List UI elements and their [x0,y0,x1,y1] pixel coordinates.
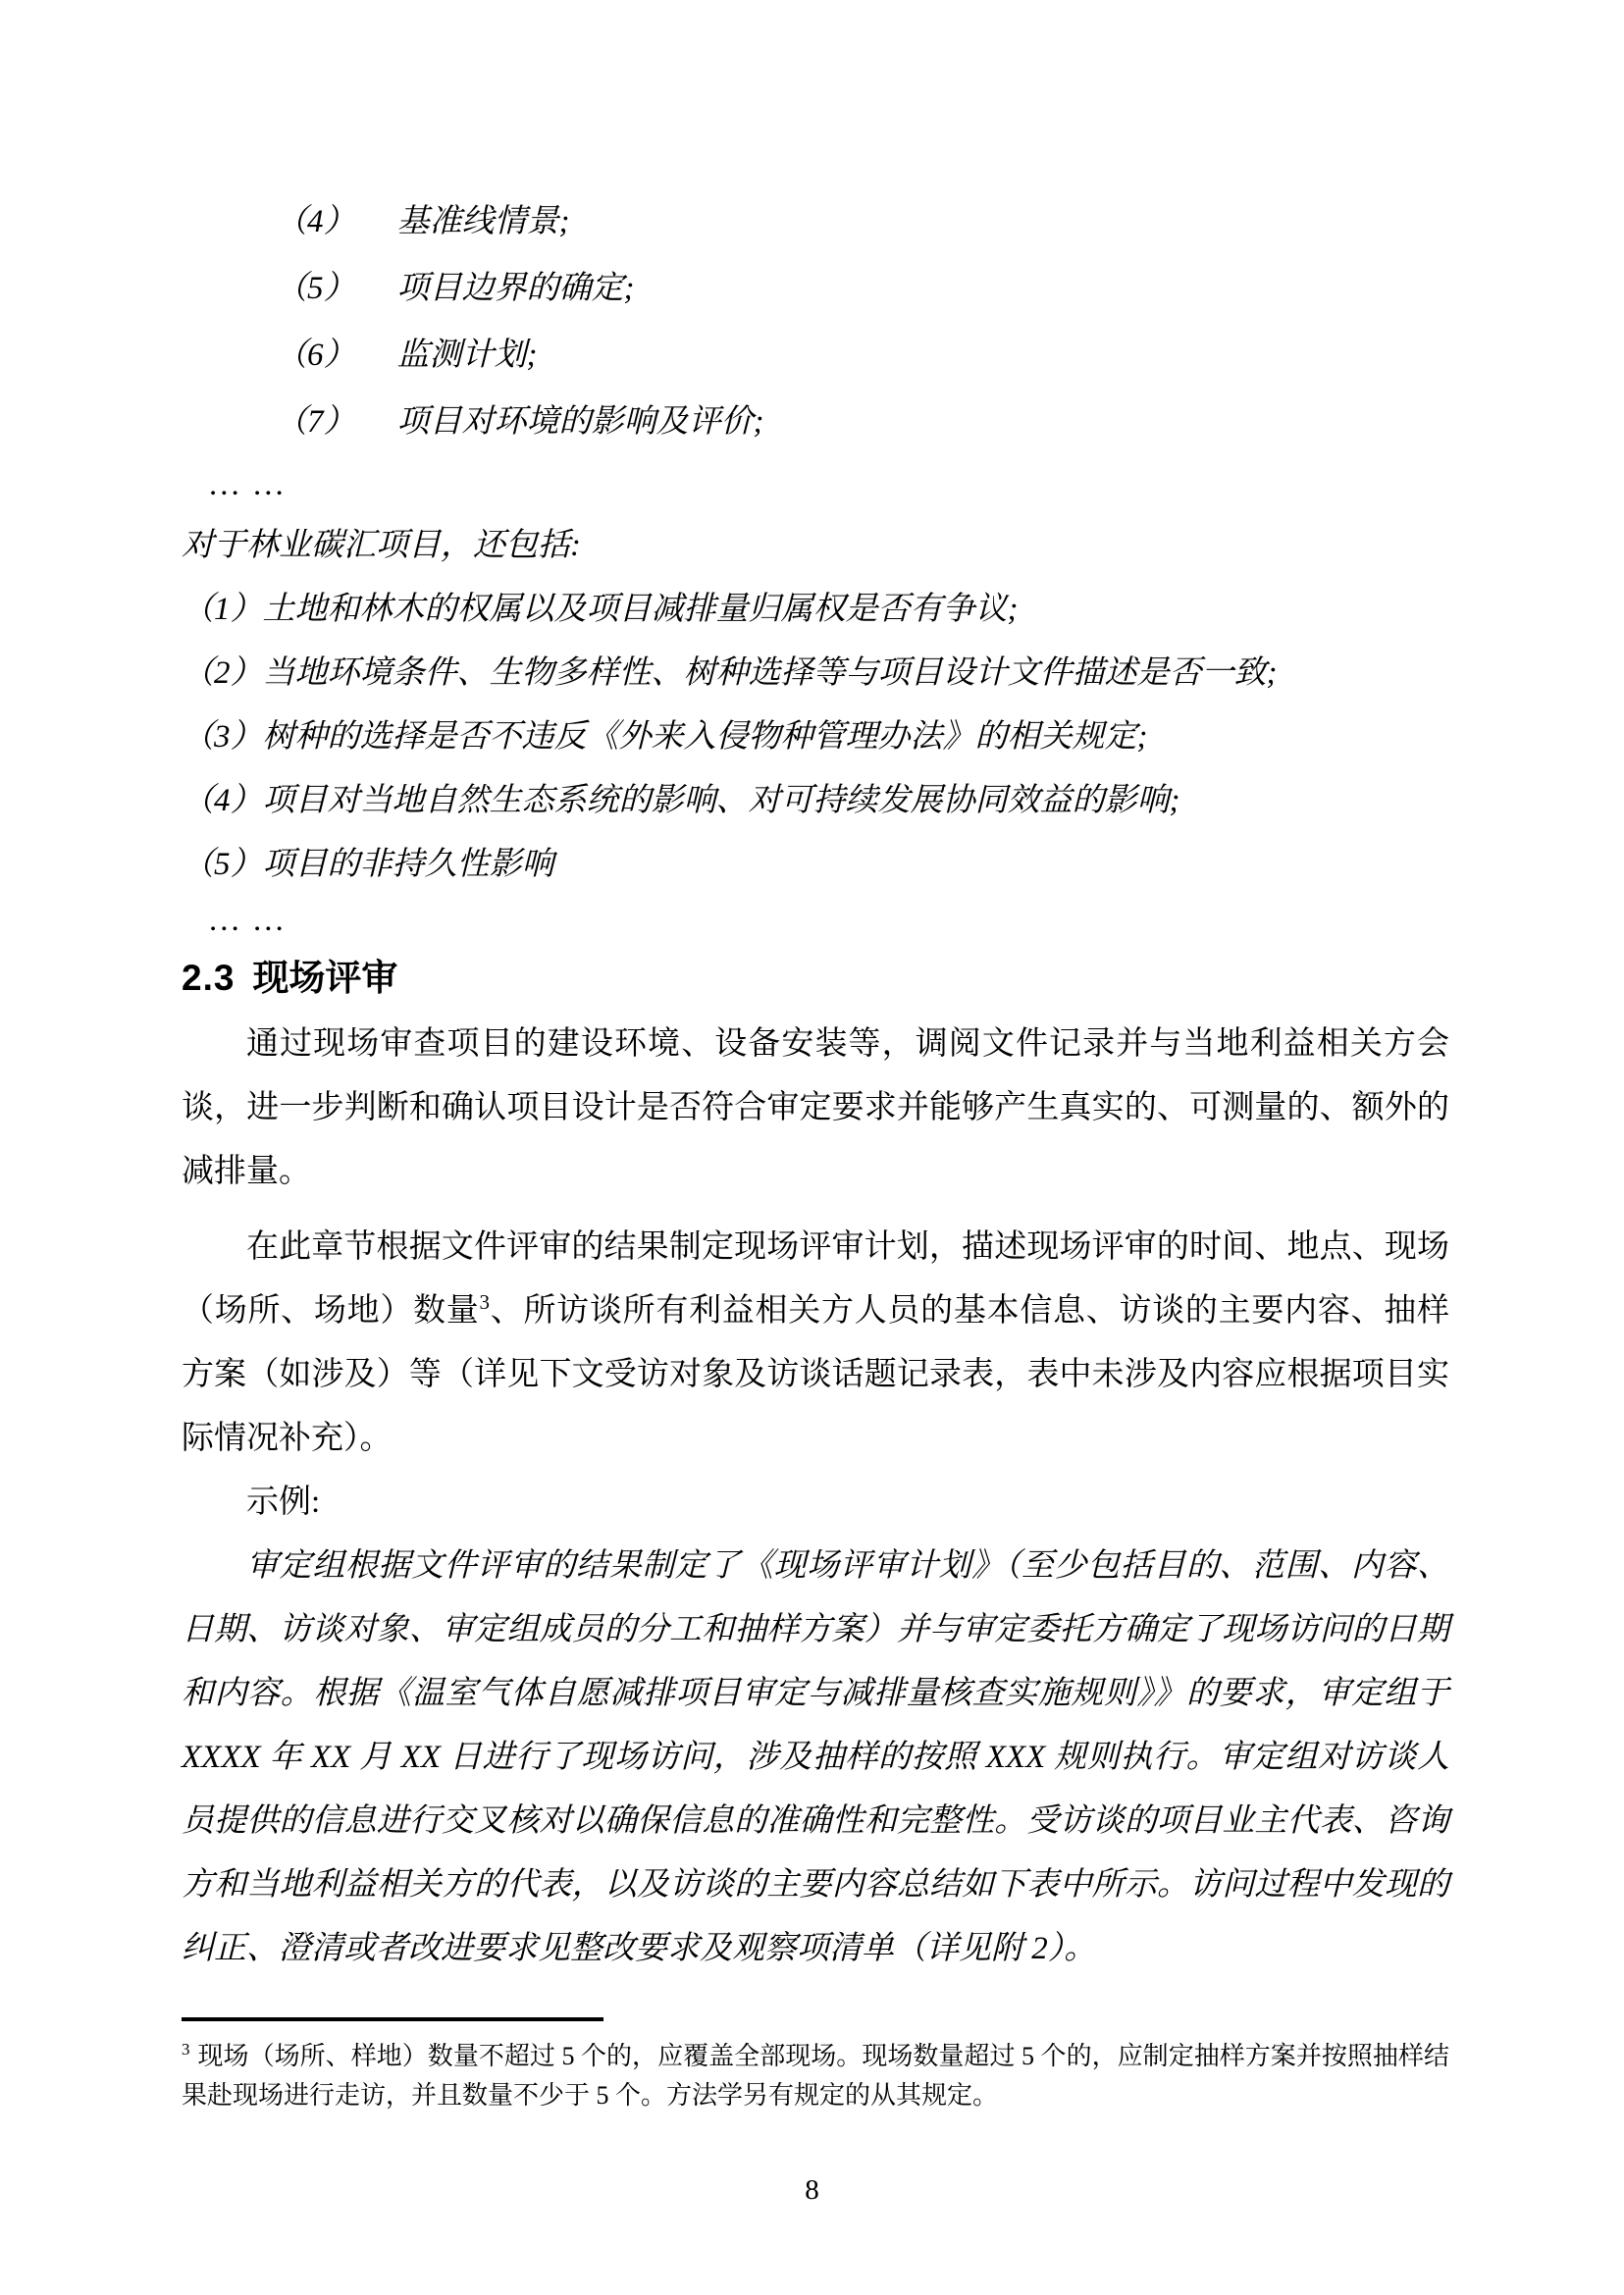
footnote-reference: 3 [480,1290,491,1314]
list-item-text: 项目边界的确定; [397,271,635,306]
section-title: 现场评审 [252,958,397,998]
footnote-marker: 3 [182,2040,190,2059]
document-page: （4）基准线情景; （5）项目边界的确定; （6）监测计划; （7）项目对环境的… [0,0,1624,2295]
forestry-item: （1）土地和林木的权属以及项目减排量归属权是否有争议; [182,578,1449,642]
ellipsis-continuation: ... ... [182,897,1449,944]
list-item-number: （7） [275,404,356,440]
list-item: （6）监测计划; [182,322,1449,389]
forestry-item: （2）当地环境条件、生物多样性、树种选择等与项目设计文件描述是否一致; [182,642,1449,705]
footnote-separator-rule [182,2017,603,2021]
forestry-intro: 对于林业碳汇项目，还包括: [182,514,1449,578]
section-number: 2.3 [182,958,235,998]
list-item-number: （6） [275,338,356,373]
body-paragraph: 通过现场审查项目的建设环境、设备安装等，调阅文件记录并与当地利益相关方会谈，进一… [182,1013,1449,1204]
numbered-list-top: （4）基准线情景; （5）项目边界的确定; （6）监测计划; （7）项目对环境的… [182,188,1449,455]
forestry-item: （4）项目对当地自然生态系统的影响、对可持续发展协同效益的影响; [182,769,1449,833]
list-item: （4）基准线情景; [182,188,1449,255]
footnote-area: 3现场（场所、样地）数量不超过 5 个的，应覆盖全部现场。现场数量超过 5 个的… [182,2017,1449,2115]
footnote-text: 3现场（场所、样地）数量不超过 5 个的，应覆盖全部现场。现场数量超过 5 个的… [182,2037,1449,2115]
list-item-text: 监测计划; [397,338,538,373]
page-number: 8 [0,2166,1624,2214]
page-content: （4）基准线情景; （5）项目边界的确定; （6）监测计划; （7）项目对环境的… [182,188,1449,1981]
example-label: 示例: [182,1471,1449,1535]
list-item: （7）项目对环境的影响及评价; [182,389,1449,455]
example-paragraph: 审定组根据文件评审的结果制定了《现场评审计划》（至少包括目的、范围、内容、日期、… [182,1535,1449,1981]
list-item-text: 项目对环境的影响及评价; [397,404,764,440]
forestry-item: （5）项目的非持久性影响 [182,833,1449,897]
list-item-text: 基准线情景; [397,204,570,239]
list-item: （5）项目边界的确定; [182,255,1449,322]
list-item-number: （5） [275,271,356,306]
body-paragraph: 在此章节根据文件评审的结果制定现场评审计划，描述现场评审的时间、地点、现场（场所… [182,1216,1449,1471]
footnote-body: 现场（场所、样地）数量不超过 5 个的，应覆盖全部现场。现场数量超过 5 个的，… [182,2042,1449,2110]
ellipsis-continuation: ... ... [182,455,1449,514]
section-heading: 2.3现场评审 [182,944,1449,1013]
list-item-number: （4） [275,204,356,239]
forestry-item: （3）树种的选择是否不违反《外来入侵物种管理办法》的相关规定; [182,705,1449,769]
